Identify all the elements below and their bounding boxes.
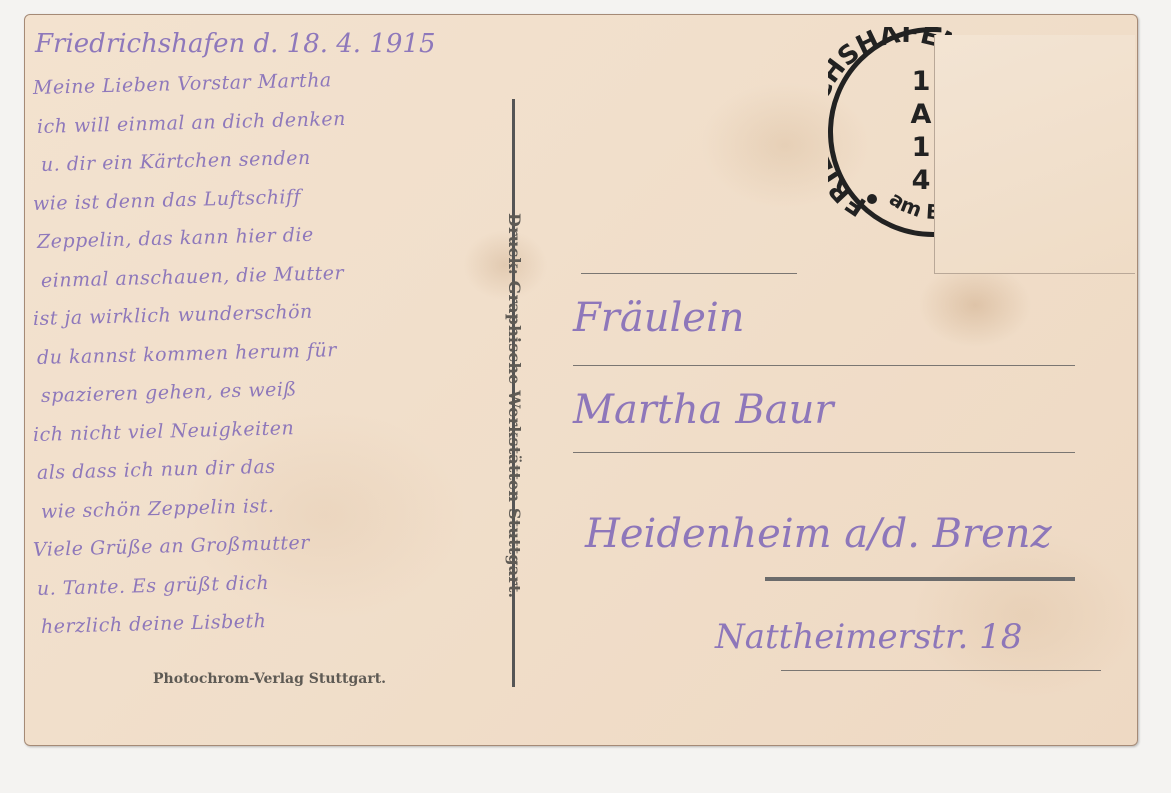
printer-credit: Druck: Graphische Werkstätten Stuttgart.: [502, 213, 524, 593]
address-street: Nattheimerstr. 18: [715, 617, 1022, 657]
message-line: spazieren gehen, es weiß: [41, 378, 297, 407]
address-rule: [765, 577, 1075, 581]
stamp-removed-area: [934, 35, 1135, 274]
message-line: wie ist denn das Luftschiff: [33, 185, 302, 214]
message-line: herzlich deine Lisbeth: [41, 610, 267, 638]
message-line: u. Tante. Es grüßt dich: [37, 571, 270, 599]
message-line: ich nicht viel Neuigkeiten: [33, 417, 295, 446]
message-date-line: Friedrichshafen d. 18. 4. 1915: [35, 29, 436, 59]
message-line: u. dir ein Kärtchen senden: [41, 147, 311, 176]
address-city: Heidenheim a/d. Brenz: [585, 511, 1052, 557]
message-line: Zeppelin, das kann hier die: [37, 224, 314, 253]
message-line: ist ja wirklich wunderschön: [33, 301, 313, 330]
postcard-back: Friedrichshafen d. 18. 4. 1915 Meine Lie…: [24, 14, 1138, 746]
message-line: Meine Lieben Vorstar Martha: [33, 69, 332, 99]
postmark-date: 1A14: [907, 65, 935, 197]
address-rule: [581, 273, 797, 274]
address-rule: [573, 365, 1075, 366]
message-line: wie schön Zeppelin ist.: [41, 494, 275, 522]
message-line: einmal anschauen, die Mutter: [41, 262, 345, 292]
message-line: ich will einmal an dich denken: [37, 107, 346, 137]
address-rule: [781, 670, 1101, 671]
address-salutation: Fräulein: [573, 295, 745, 341]
publisher-credit: Photochrom-Verlag Stuttgart.: [153, 671, 386, 687]
address-rule: [573, 452, 1075, 453]
message-line: du kannst kommen herum für: [37, 339, 337, 369]
message-line: Viele Grüße an Großmutter: [33, 532, 310, 561]
address-name: Martha Baur: [573, 387, 833, 433]
message-line: als dass ich nun dir das: [37, 456, 276, 484]
